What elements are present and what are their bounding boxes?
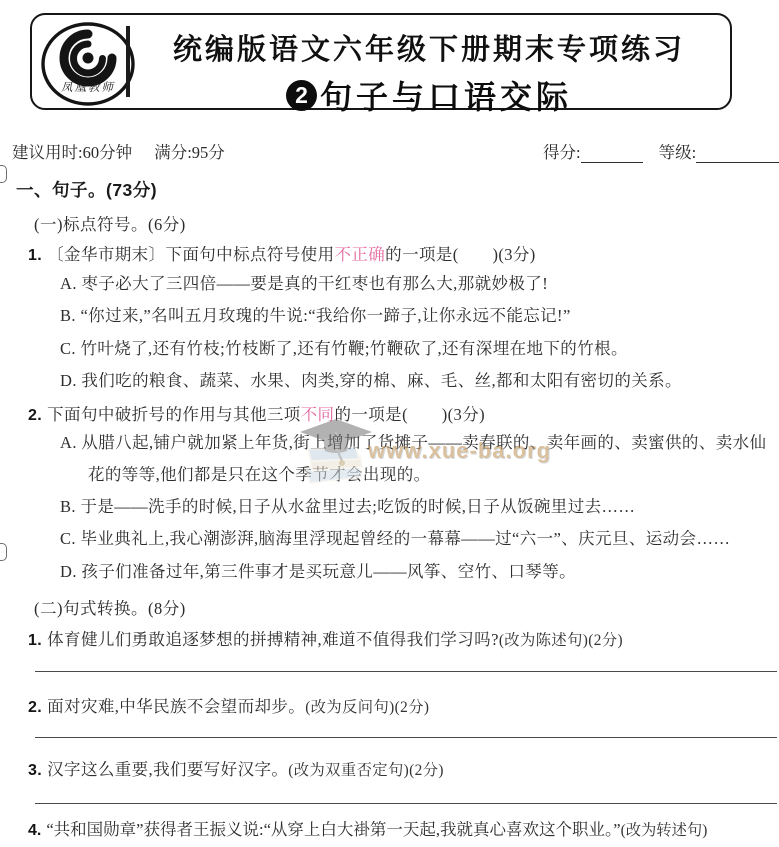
sentence: 汉字这么重要,我们要写好汉字。 bbox=[47, 760, 288, 779]
topic-number-badge: 2 bbox=[286, 80, 317, 111]
transform-note: (改为双重否定句)(2分) bbox=[288, 762, 444, 779]
transform-question-1-number: 1. bbox=[28, 632, 42, 650]
full-score: 满分:95分 bbox=[154, 143, 225, 162]
page-edge-artifact bbox=[0, 165, 7, 183]
question-1: 1. 〔金华市期末〕下面句中标点符号使用不正确的一项是( )(3分) bbox=[28, 241, 536, 265]
grade-label: 等级: bbox=[659, 139, 697, 163]
transform-question-3-number: 3. bbox=[28, 762, 42, 780]
paper-topic-title: 2 句子与口语交际 bbox=[134, 72, 724, 118]
header-titles: 统编版语文六年级下册期末专项练习 2 句子与口语交际 bbox=[134, 15, 724, 108]
question-1-option-c: C. 竹叶烧了,还有竹枝;竹枝断了,还有竹鞭;竹鞭砍了,还有深埋在地下的竹根。 bbox=[60, 333, 774, 365]
transform-question-4-number: 4. bbox=[28, 822, 41, 840]
sentence: “共和国勋章”获得者王振义说:“从穿上白大褂第一天起,我就真心喜欢这个职业。” bbox=[46, 820, 620, 839]
topic-title-text: 句子与口语交际 bbox=[320, 72, 572, 118]
suggested-time: 建议用时:60分钟 bbox=[12, 143, 132, 162]
question-2-option-c: C. 毕业典礼上,我心潮澎湃,脑海里浮现起曾经的一幕幕——过“六一”、庆元旦、运… bbox=[60, 523, 774, 555]
question-1-stem-post: 的一项是( )(3分) bbox=[385, 245, 536, 264]
question-2-option-a: A. 从腊八起,铺户就加紧上年货,街上增加了货摊子——卖春联的、卖年画的、卖蜜供… bbox=[60, 427, 774, 490]
question-1-highlight: 不正确 bbox=[334, 245, 385, 264]
question-2-option-b: B. 于是——洗手的时候,日子从水盆里过去;吃饭的时候,日子从饭碗里过去…… bbox=[60, 491, 774, 523]
transform-question-4-text: “共和国勋章”获得者王振义说:“从穿上白大褂第一天起,我就真心喜欢这个职业。”(… bbox=[46, 816, 707, 840]
answer-line-2 bbox=[35, 737, 777, 738]
transform-question-2: 2. 面对灾难,中华民族不会望而却步。(改为反问句)(2分) bbox=[28, 693, 429, 717]
paper-series-title: 统编版语文六年级下册期末专项练习 bbox=[134, 27, 724, 68]
transform-question-2-text: 面对灾难,中华民族不会望而却步。(改为反问句)(2分) bbox=[47, 693, 429, 717]
grade-blank bbox=[696, 144, 779, 163]
answer-line-1 bbox=[35, 671, 777, 672]
transform-note: (改为转述句) bbox=[621, 822, 708, 839]
page-edge-artifact bbox=[0, 543, 7, 561]
subsection-1-2-heading: (二)句式转换。(8分) bbox=[34, 595, 186, 619]
score-blank bbox=[581, 144, 643, 163]
transform-question-4: 4. “共和国勋章”获得者王振义说:“从穿上白大褂第一天起,我就真心喜欢这个职业… bbox=[28, 816, 776, 840]
header-box: 凤凰教师 统编版语文六年级下册期末专项练习 2 句子与口语交际 bbox=[30, 13, 732, 110]
transform-question-1: 1. 体育健儿们勇敢追逐梦想的拼搏精神,难道不值得我们学习吗?(改为陈述句)(2… bbox=[28, 626, 623, 650]
transform-question-3: 3. 汉字这么重要,我们要写好汉字。(改为双重否定句)(2分) bbox=[28, 756, 444, 780]
logo-text: 凤凰教师 bbox=[40, 79, 136, 95]
question-2-text: 下面句中破折号的作用与其他三项不同的一项是( )(3分) bbox=[47, 401, 485, 425]
question-2-highlight: 不同 bbox=[301, 405, 335, 424]
transform-question-2-number: 2. bbox=[28, 699, 42, 717]
time-and-score-info: 建议用时:60分钟 满分:95分 bbox=[12, 139, 225, 163]
exam-paper-page: 凤凰教师 统编版语文六年级下册期末专项练习 2 句子与口语交际 建议用时:60分… bbox=[0, 0, 779, 847]
question-1-text: 〔金华市期末〕下面句中标点符号使用不正确的一项是( )(3分) bbox=[47, 241, 536, 265]
sentence: 面对灾难,中华民族不会望而却步。 bbox=[47, 697, 305, 716]
question-1-number: 1. bbox=[28, 247, 42, 265]
score-grade-row: 得分: 等级: bbox=[543, 139, 779, 163]
publisher-logo: 凤凰教师 bbox=[40, 22, 136, 106]
question-1-option-b: B. “你过来,”名叫五月玫瑰的牛说:“我给你一蹄子,让你永远不能忘记!” bbox=[60, 300, 774, 332]
transform-question-1-text: 体育健儿们勇敢追逐梦想的拼搏精神,难道不值得我们学习吗?(改为陈述句)(2分) bbox=[47, 626, 623, 650]
answer-line-3 bbox=[35, 803, 777, 804]
question-2-stem-post: 的一项是( )(3分) bbox=[334, 405, 485, 424]
question-1-option-a: A. 枣子必大了三四倍——要是真的干红枣也有那么大,那就妙极了! bbox=[60, 268, 774, 300]
transform-note: (改为陈述句)(2分) bbox=[499, 632, 623, 649]
sentence: 体育健儿们勇敢追逐梦想的拼搏精神,难道不值得我们学习吗? bbox=[47, 630, 499, 649]
question-2-number: 2. bbox=[28, 407, 42, 425]
question-2-option-d: D. 孩子们准备过年,第三件事才是买玩意儿——风筝、空竹、口琴等。 bbox=[60, 556, 774, 588]
question-1-option-d: D. 我们吃的粮食、蔬菜、水果、肉类,穿的棉、麻、毛、丝,都和太阳有密切的关系。 bbox=[60, 365, 774, 397]
question-2: 2. 下面句中破折号的作用与其他三项不同的一项是( )(3分) bbox=[28, 401, 485, 425]
subsection-1-1-heading: (一)标点符号。(6分) bbox=[34, 211, 186, 235]
score-label: 得分: bbox=[543, 139, 581, 163]
header-divider bbox=[126, 26, 130, 97]
question-1-stem-pre: 下面句中标点符号使用 bbox=[165, 245, 334, 264]
question-1-source-tag: 〔金华市期末〕 bbox=[47, 245, 165, 264]
question-2-stem-pre: 下面句中破折号的作用与其他三项 bbox=[47, 405, 301, 424]
section-1-heading: 一、句子。(73分) bbox=[16, 177, 157, 202]
transform-note: (改为反问句)(2分) bbox=[305, 699, 429, 716]
transform-question-3-text: 汉字这么重要,我们要写好汉字。(改为双重否定句)(2分) bbox=[47, 756, 444, 780]
